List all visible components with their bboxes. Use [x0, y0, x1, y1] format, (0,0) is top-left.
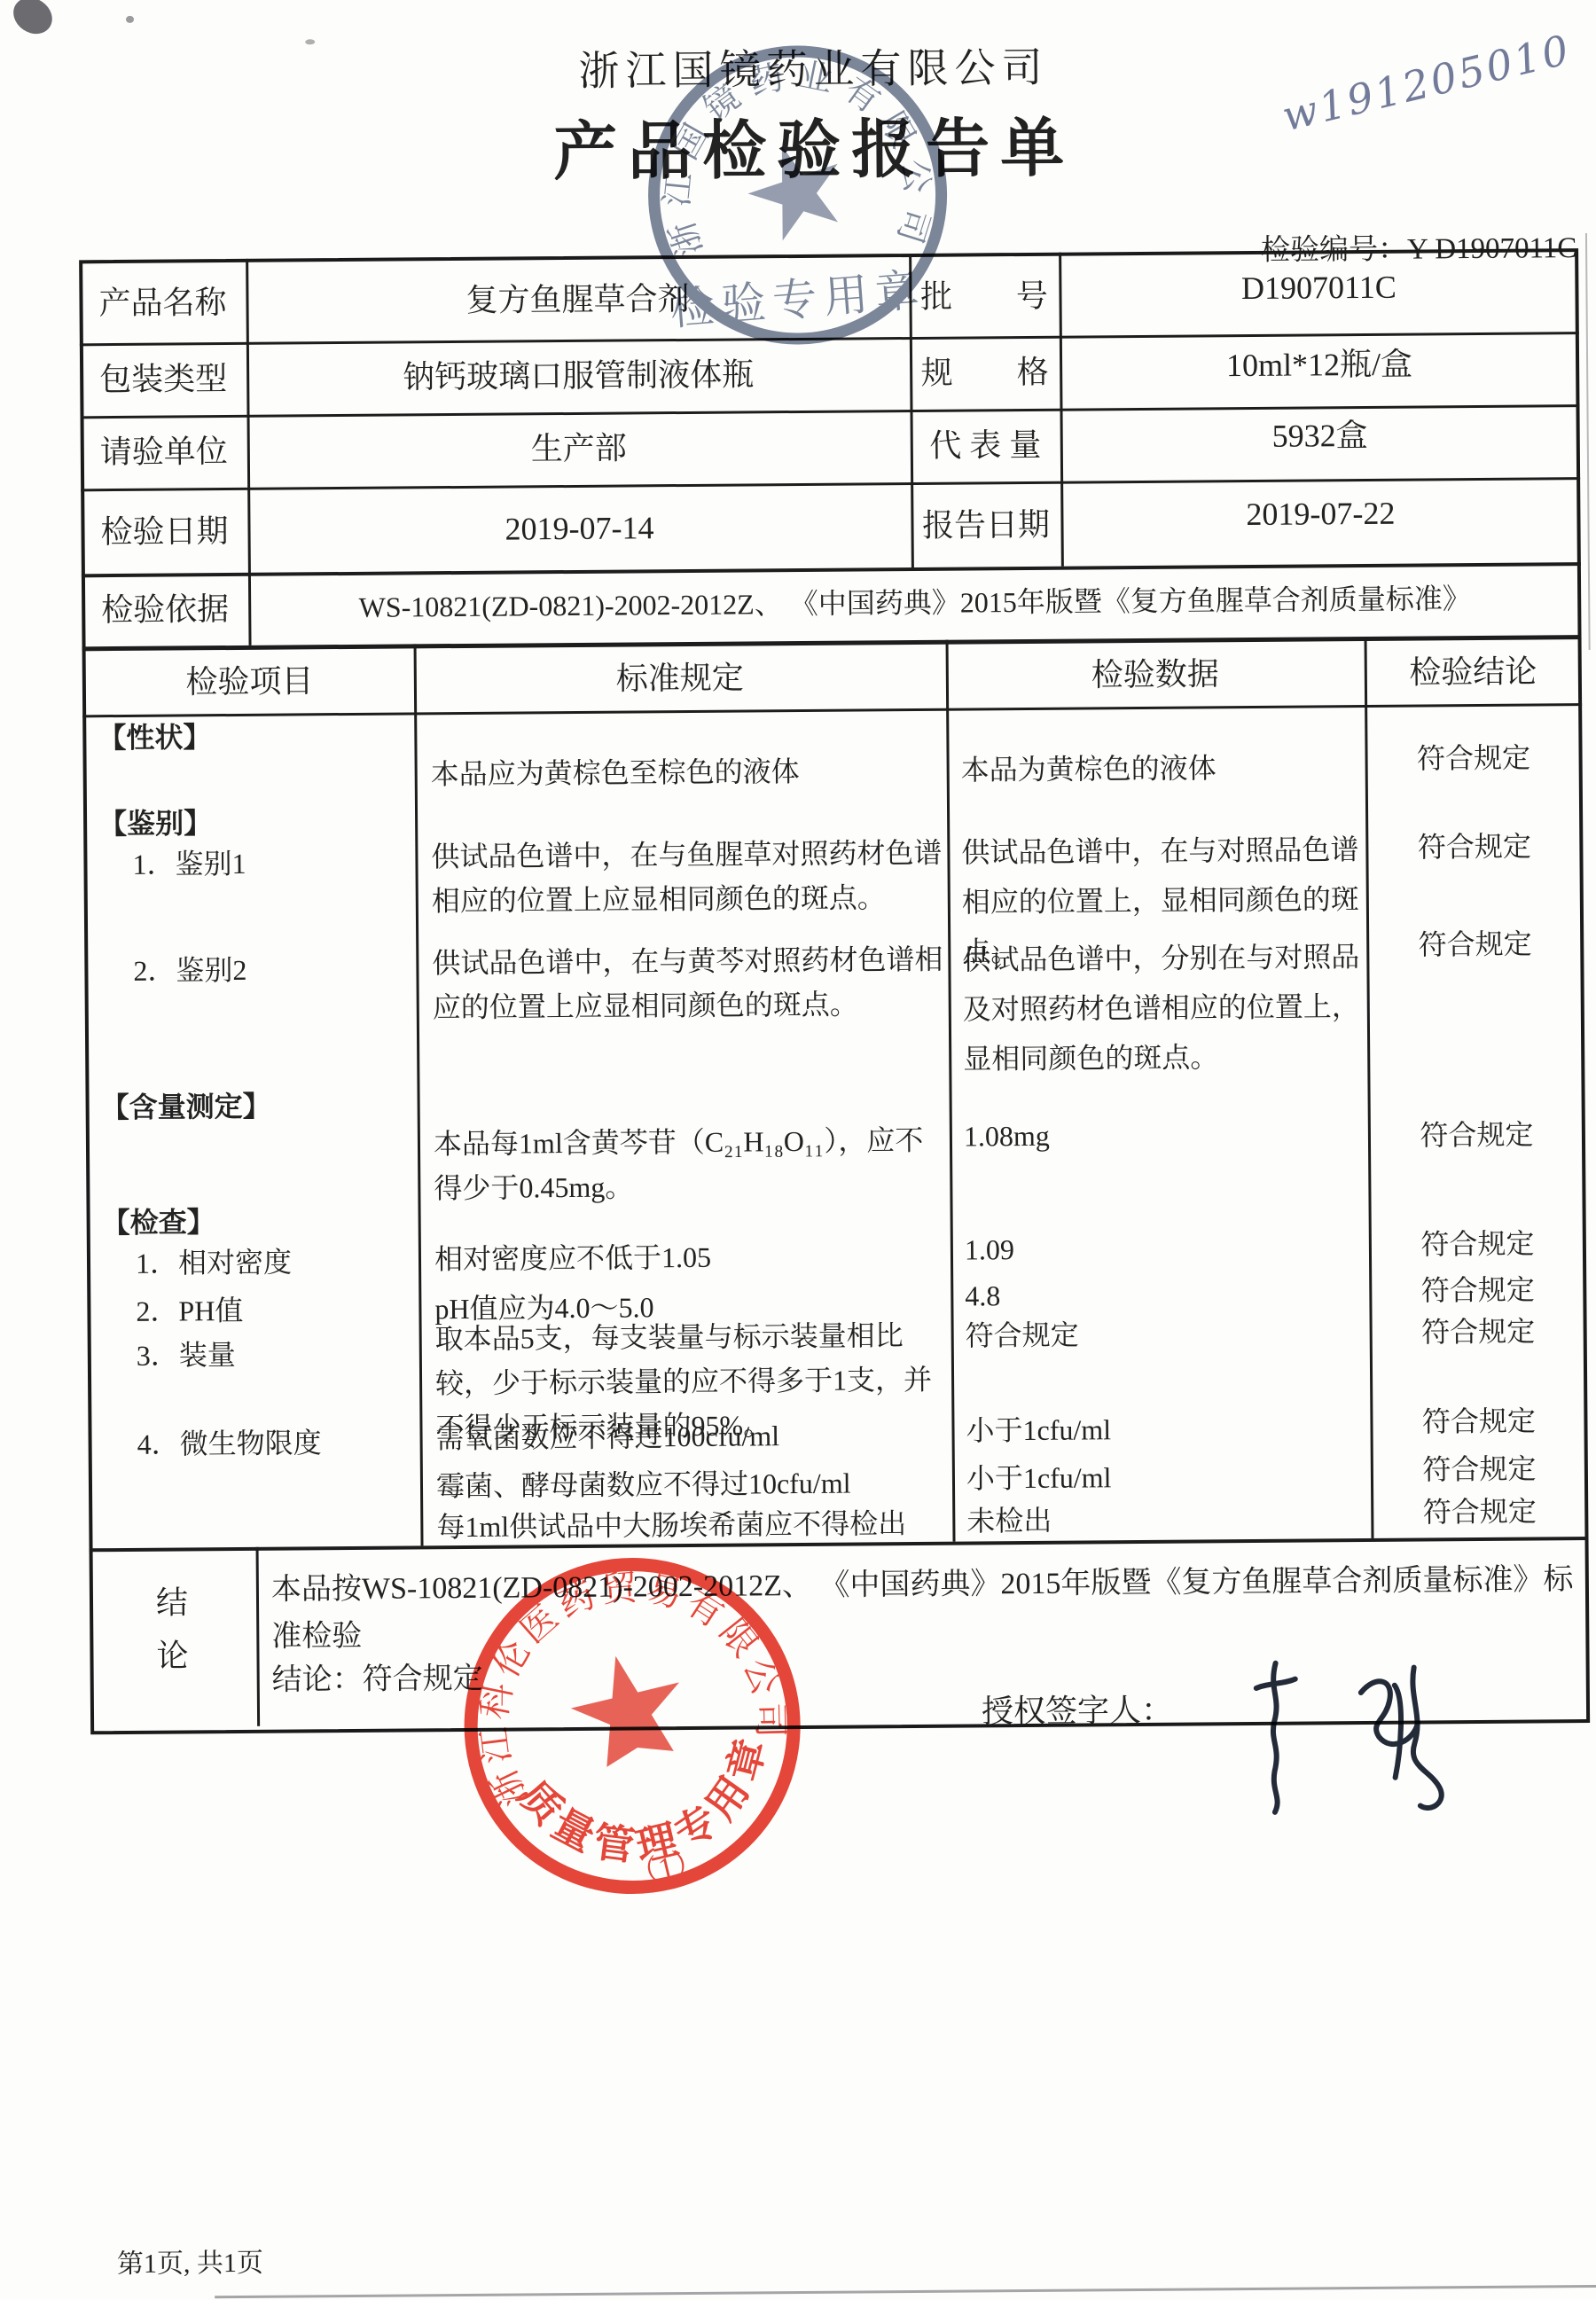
- jiancha-item4b-data: 小于1cfu/ml: [966, 1457, 1361, 1498]
- star-icon: [737, 131, 855, 246]
- xingzhuang-conclusion: 符合规定: [1365, 739, 1582, 778]
- info-label: 检验日期: [81, 510, 247, 554]
- hanliang-data: 1.08mg: [964, 1115, 1358, 1156]
- info-value: 10ml*12瓶/盒: [1060, 341, 1579, 388]
- info-label: 包装类型: [80, 357, 246, 402]
- jiancha-item2: 2．PH值: [136, 1292, 243, 1331]
- section-jiancha: 【检查】: [101, 1203, 215, 1242]
- jianbie-item2: 2．鉴别2: [133, 951, 246, 990]
- xingzhuang-data: 本品为黄棕色的液体: [960, 745, 1355, 792]
- col-header-conclusion: 检验结论: [1365, 650, 1582, 695]
- star-icon: [561, 1643, 694, 1772]
- jiancha-item1: 1．相对密度: [136, 1243, 292, 1283]
- info-value: 生产部: [247, 425, 911, 473]
- jianbie-item2-standard: 供试品色谱中，在与黄芩对照药材色谱相应的位置上应显相同颜色的斑点。: [432, 937, 945, 1030]
- xingzhuang-standard: 本品应为黄棕色至棕色的液体: [431, 748, 941, 797]
- jiancha-item2-data: 4.8: [965, 1274, 1359, 1316]
- col-header-item: 检验项目: [82, 659, 417, 705]
- info-label: 代 表 量: [911, 424, 1060, 468]
- jiancha-item4a-data: 小于1cfu/ml: [966, 1409, 1360, 1451]
- jianbie-item1-standard: 供试品色谱中，在与鱼腥草对照药材色谱相应的位置上应显相同颜色的斑点。: [431, 831, 944, 924]
- jianbie-item1-conclusion: 符合规定: [1365, 827, 1583, 867]
- section-jianbie: 【鉴别】: [98, 804, 212, 843]
- jiancha-item1-data: 1.09: [965, 1228, 1359, 1270]
- jiancha-item3-data: 符合规定: [966, 1314, 1360, 1356]
- section-xingzhuang: 【性状】: [98, 718, 211, 757]
- jiancha-item4c-conclusion: 符合规定: [1371, 1492, 1588, 1532]
- info-value: 2019-07-14: [247, 505, 911, 552]
- jiancha-item4b-conclusion: 符合规定: [1371, 1450, 1588, 1490]
- report-sheet: 浙江国镜药业有限公司 产品检验报告单 w191205010 检验编号：Y-D19…: [0, 0, 1596, 2300]
- inspection-stamp: 浙江国镜药业有限公司 检验专用章: [610, 7, 985, 382]
- jianbie-item2-data: 供试品色谱中，分别在与对照品及对照药材色谱相应的位置上，显相同颜色的斑点。: [962, 932, 1360, 1084]
- scan-artifact: [1585, 233, 1591, 650]
- conclusion-label: 结论: [156, 1576, 196, 1682]
- jiancha-item3-conclusion: 符合规定: [1370, 1312, 1587, 1352]
- info-value: D1907011C: [1059, 264, 1578, 311]
- jiancha-item1-standard: 相对密度应不低于1.05: [434, 1237, 947, 1279]
- top-stamp-type-text: 检验专用章: [669, 265, 928, 334]
- info-label: 产品名称: [79, 281, 246, 325]
- jiancha-item2-conclusion: 符合规定: [1369, 1271, 1586, 1310]
- info-value: 2019-07-22: [1060, 490, 1580, 537]
- jiancha-item4c-data: 未检出: [966, 1499, 1361, 1541]
- jianbie-item1: 1．鉴别1: [132, 845, 246, 884]
- basis-label: 检验依据: [82, 588, 248, 632]
- jiancha-item3: 3．装量: [137, 1336, 236, 1375]
- scan-artifact: [6, 0, 59, 41]
- info-label: 请验单位: [81, 430, 247, 474]
- page-footer: 第1页, 共1页: [117, 2246, 263, 2283]
- info-value: 5932盒: [1060, 412, 1580, 459]
- jiancha-item4: 4．微生物限度: [137, 1424, 321, 1464]
- jiancha-item4a-conclusion: 符合规定: [1370, 1402, 1587, 1442]
- signer-label: 授权签字人：: [982, 1689, 1173, 1733]
- hanliang-standard: 本品每1ml含黄芩苷（C₂₁H₁₈O₁₁），应不得少于0.45mg。: [434, 1118, 947, 1211]
- section-hanliang: 【含量测定】: [100, 1088, 270, 1128]
- signature-handwriting: [1229, 1637, 1514, 1826]
- col-header-data: 检验数据: [946, 652, 1365, 698]
- jiancha-item4a-standard: 需氧菌数应不得过100cfu/ml: [435, 1416, 948, 1459]
- hanliang-conclusion: 符合规定: [1368, 1115, 1585, 1155]
- scan-artifact: [305, 39, 315, 44]
- scan-artifact: [126, 16, 134, 23]
- jianbie-item2-conclusion: 符合规定: [1366, 925, 1584, 965]
- info-label: 报告日期: [911, 504, 1060, 548]
- scan-artifact: [215, 2285, 1596, 2298]
- col-header-standard: 标准规定: [414, 655, 946, 702]
- jiancha-item1-conclusion: 符合规定: [1369, 1224, 1586, 1264]
